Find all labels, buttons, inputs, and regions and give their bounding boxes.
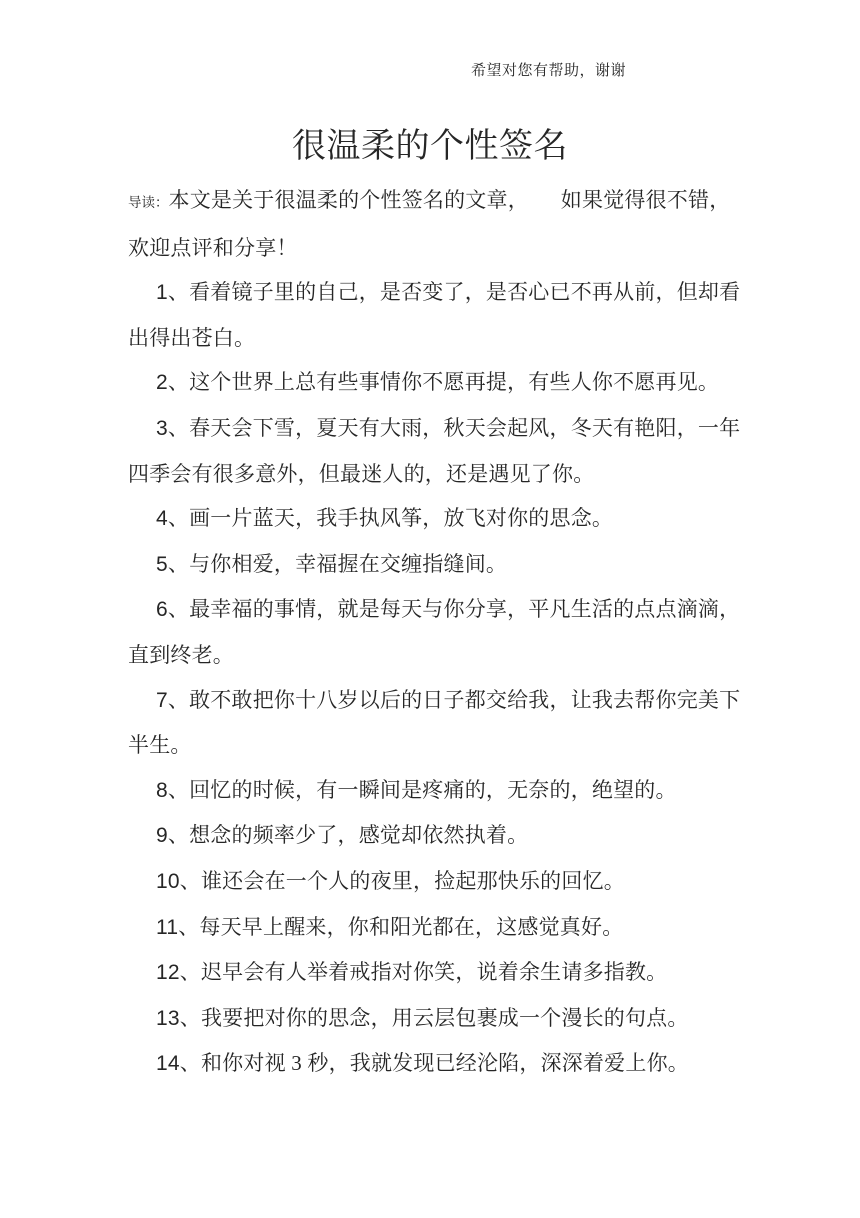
signature-item-line: 9、想念的频率少了，感觉却依然执着。 <box>128 813 728 859</box>
item-number-separator: 、 <box>168 416 189 440</box>
item-number-separator: 、 <box>180 1051 201 1075</box>
item-number: 2 <box>156 371 168 394</box>
item-number: 14 <box>156 1052 180 1075</box>
item-number-separator: 、 <box>168 688 189 712</box>
line-text: 半生。 <box>128 733 192 757</box>
item-number: 4 <box>156 507 168 530</box>
item-number: 13 <box>156 1007 180 1030</box>
signature-item-line: 6、最幸福的事情，就是每天与你分享，平凡生活的点点滴滴， <box>128 587 728 633</box>
line-text: 这个世界上总有些事情你不愿再提，有些人你不愿再见。 <box>189 370 719 394</box>
item-number: 1 <box>156 281 168 304</box>
text-line: 导读：本文是关于很温柔的个性签名的文章， 如果觉得很不错， <box>128 178 728 226</box>
line-text: 画一片蓝天，我手执风筝，放飞对你的思念。 <box>189 506 613 530</box>
signature-item-line: 13、我要把对你的思念，用云层包裹成一个漫长的句点。 <box>128 996 728 1042</box>
item-number: 3 <box>156 417 168 440</box>
page-title: 很温柔的个性签名 <box>0 124 860 170</box>
item-number-separator: 、 <box>178 915 199 939</box>
item-number-separator: 、 <box>168 280 189 304</box>
item-number-separator: 、 <box>168 823 189 847</box>
line-text: 敢不敢把你十八岁以后的日子都交给我，让我去帮你完美下 <box>189 688 740 712</box>
signature-item-line: 11、每天早上醒来，你和阳光都在，这感觉真好。 <box>128 905 728 951</box>
line-text: 和你对视 3 秒，我就发现已经沦陷，深深着爱上你。 <box>201 1051 689 1075</box>
text-line: 半生。 <box>128 723 728 768</box>
line-text: 出得出苍白。 <box>128 326 255 350</box>
intro-label: 导读： <box>128 195 169 210</box>
signature-item-line: 8、回忆的时候，有一瞬间是疼痛的，无奈的，绝望的。 <box>128 768 728 814</box>
signature-item-line: 2、这个世界上总有些事情你不愿再提，有些人你不愿再见。 <box>128 360 728 406</box>
item-number-separator: 、 <box>168 778 189 802</box>
line-text: 与你相爱，幸福握在交缠指缝间。 <box>189 552 507 576</box>
item-number: 8 <box>156 779 168 802</box>
item-number-separator: 、 <box>180 1006 201 1030</box>
line-text: 迟早会有人举着戒指对你笑，说着余生请多指教。 <box>201 960 667 984</box>
line-text: 回忆的时候，有一瞬间是疼痛的，无奈的，绝望的。 <box>189 778 677 802</box>
page-header-note: 希望对您有帮助，谢谢 <box>471 60 626 82</box>
signature-item-line: 12、迟早会有人举着戒指对你笑，说着余生请多指教。 <box>128 950 728 996</box>
item-number-separator: 、 <box>168 506 189 530</box>
item-number: 12 <box>156 961 180 984</box>
line-text: 直到终老。 <box>128 643 234 667</box>
text-line: 欢迎点评和分享！ <box>128 226 728 271</box>
item-number: 7 <box>156 689 168 712</box>
item-number-separator: 、 <box>180 960 201 984</box>
signature-item-line: 4、画一片蓝天，我手执风筝，放飞对你的思念。 <box>128 496 728 542</box>
line-text: 看着镜子里的自己，是否变了，是否心已不再从前，但却看 <box>189 280 740 304</box>
item-number: 5 <box>156 553 168 576</box>
document-page: 希望对您有帮助，谢谢 很温柔的个性签名 导读：本文是关于很温柔的个性签名的文章，… <box>0 0 860 1218</box>
item-number: 6 <box>156 598 168 621</box>
signature-item-line: 14、和你对视 3 秒，我就发现已经沦陷，深深着爱上你。 <box>128 1041 728 1087</box>
item-number-separator: 、 <box>168 597 189 621</box>
line-text: 四季会有很多意外，但最迷人的，还是遇见了你。 <box>128 462 594 486</box>
line-text: 最幸福的事情，就是每天与你分享，平凡生活的点点滴滴， <box>189 597 740 621</box>
item-number-separator: 、 <box>168 552 189 576</box>
line-text: 谁还会在一个人的夜里，捡起那快乐的回忆。 <box>201 869 625 893</box>
text-line: 四季会有很多意外，但最迷人的，还是遇见了你。 <box>128 452 728 497</box>
signature-item-line: 3、春天会下雪，夏天有大雨，秋天会起风，冬天有艳阳，一年 <box>128 406 728 452</box>
item-number-separator: 、 <box>180 869 201 893</box>
line-text: 每天早上醒来，你和阳光都在，这感觉真好。 <box>199 915 623 939</box>
line-text: 春天会下雪，夏天有大雨，秋天会起风，冬天有艳阳，一年 <box>189 416 740 440</box>
line-text: 本文是关于很温柔的个性签名的文章， 如果觉得很不错， <box>169 188 731 212</box>
item-number: 11 <box>156 916 178 939</box>
item-number-separator: 、 <box>168 370 189 394</box>
item-number: 9 <box>156 824 168 847</box>
line-text: 想念的频率少了，感觉却依然执着。 <box>189 823 528 847</box>
signature-item-line: 10、谁还会在一个人的夜里，捡起那快乐的回忆。 <box>128 859 728 905</box>
line-text: 我要把对你的思念，用云层包裹成一个漫长的句点。 <box>201 1006 689 1030</box>
line-text: 欢迎点评和分享！ <box>128 236 298 260</box>
text-line: 出得出苍白。 <box>128 316 728 361</box>
document-body: 导读：本文是关于很温柔的个性签名的文章， 如果觉得很不错，欢迎点评和分享！1、看… <box>128 178 728 1087</box>
signature-item-line: 7、敢不敢把你十八岁以后的日子都交给我，让我去帮你完美下 <box>128 678 728 724</box>
item-number: 10 <box>156 870 180 893</box>
signature-item-line: 5、与你相爱，幸福握在交缠指缝间。 <box>128 542 728 588</box>
text-line: 直到终老。 <box>128 633 728 678</box>
signature-item-line: 1、看着镜子里的自己，是否变了，是否心已不再从前，但却看 <box>128 270 728 316</box>
